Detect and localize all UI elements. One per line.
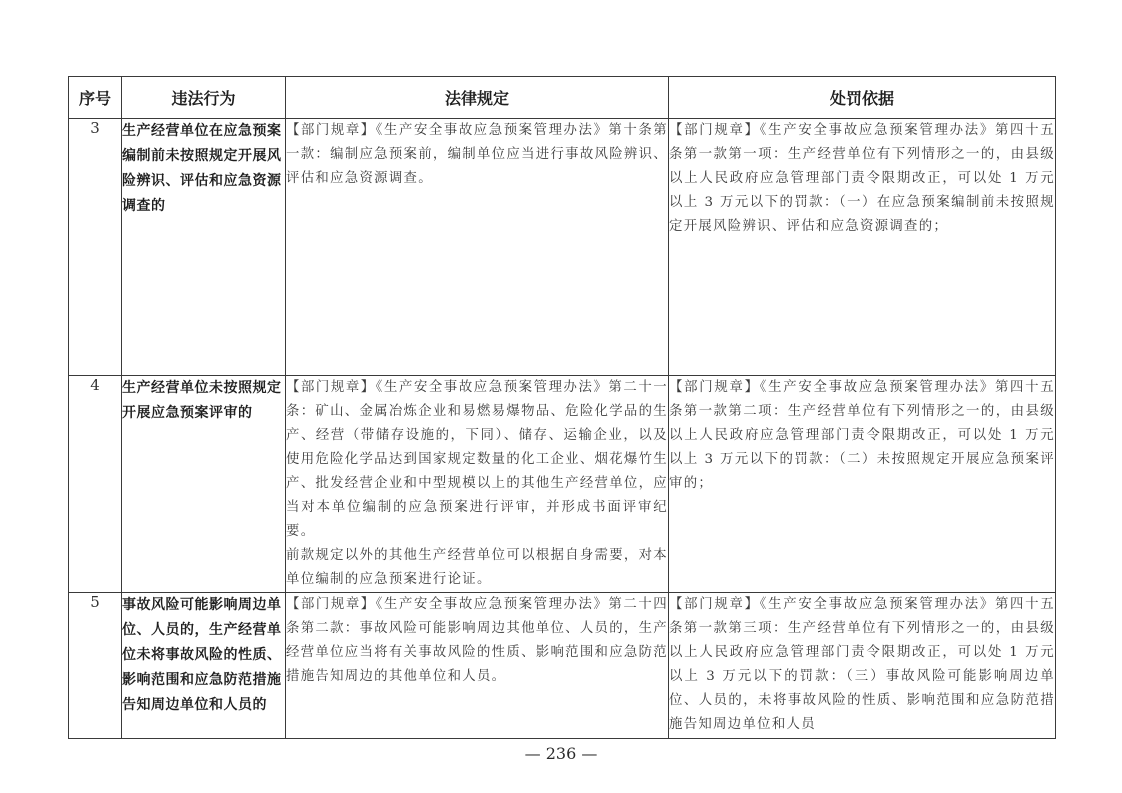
header-penalty-basis: 处罚依据 <box>669 77 1056 119</box>
penalty-basis: 【部门规章】《生产安全事故应急预案管理办法》第四十五条第一款第一项：生产经营单位… <box>669 119 1056 376</box>
violation-table: 序号 违法行为 法律规定 处罚依据 3 生产经营单位在应急预案编制前未按照规定开… <box>68 76 1056 739</box>
penalty-basis-paragraph: 【部门规章】《生产安全事故应急预案管理办法》第四十五条第一款第三项：生产经营单位… <box>669 593 1055 737</box>
legal-provision: 【部门规章】《生产安全事故应急预案管理办法》第二十一条：矿山、金属冶炼企业和易燃… <box>286 376 669 593</box>
table-row: 5 事故风险可能影响周边单位、人员的，生产经营单位未将事故风险的性质、影响范围和… <box>69 593 1056 739</box>
serial-number: 4 <box>69 376 122 593</box>
header-serial-number: 序号 <box>69 77 122 119</box>
legal-provision-paragraph: 【部门规章】《生产安全事故应急预案管理办法》第二十一条：矿山、金属冶炼企业和易燃… <box>286 376 668 544</box>
serial-number: 3 <box>69 119 122 376</box>
table-row: 3 生产经营单位在应急预案编制前未按照规定开展风险辨识、评估和应急资源调查的 【… <box>69 119 1056 376</box>
legal-provision-paragraph: 前款规定以外的其他生产经营单位可以根据自身需要，对本单位编制的应急预案进行论证。 <box>286 544 668 592</box>
serial-number: 5 <box>69 593 122 739</box>
document-page: 序号 违法行为 法律规定 处罚依据 3 生产经营单位在应急预案编制前未按照规定开… <box>0 0 1122 793</box>
violation-description: 生产经营单位在应急预案编制前未按照规定开展风险辨识、评估和应急资源调查的 <box>122 119 286 376</box>
legal-provision-paragraph: 【部门规章】《生产安全事故应急预案管理办法》第十条第一款：编制应急预案前，编制单… <box>286 119 668 191</box>
header-legal-provision: 法律规定 <box>286 77 669 119</box>
penalty-basis: 【部门规章】《生产安全事故应急预案管理办法》第四十五条第一款第二项：生产经营单位… <box>669 376 1056 593</box>
legal-provision: 【部门规章】《生产安全事故应急预案管理办法》第二十四条第二款：事故风险可能影响周… <box>286 593 669 739</box>
legal-provision: 【部门规章】《生产安全事故应急预案管理办法》第十条第一款：编制应急预案前，编制单… <box>286 119 669 376</box>
violation-description: 事故风险可能影响周边单位、人员的，生产经营单位未将事故风险的性质、影响范围和应急… <box>122 593 286 739</box>
penalty-basis-paragraph: 【部门规章】《生产安全事故应急预案管理办法》第四十五条第一款第二项：生产经营单位… <box>669 376 1055 496</box>
table-row: 4 生产经营单位未按照规定开展应急预案评审的 【部门规章】《生产安全事故应急预案… <box>69 376 1056 593</box>
page-number: — 236 — <box>0 744 1122 763</box>
table-header-row: 序号 违法行为 法律规定 处罚依据 <box>69 77 1056 119</box>
header-violation: 违法行为 <box>122 77 286 119</box>
penalty-basis-paragraph: 【部门规章】《生产安全事故应急预案管理办法》第四十五条第一款第一项：生产经营单位… <box>669 119 1055 239</box>
penalty-basis: 【部门规章】《生产安全事故应急预案管理办法》第四十五条第一款第三项：生产经营单位… <box>669 593 1056 739</box>
legal-provision-paragraph: 【部门规章】《生产安全事故应急预案管理办法》第二十四条第二款：事故风险可能影响周… <box>286 593 668 689</box>
violation-description: 生产经营单位未按照规定开展应急预案评审的 <box>122 376 286 593</box>
